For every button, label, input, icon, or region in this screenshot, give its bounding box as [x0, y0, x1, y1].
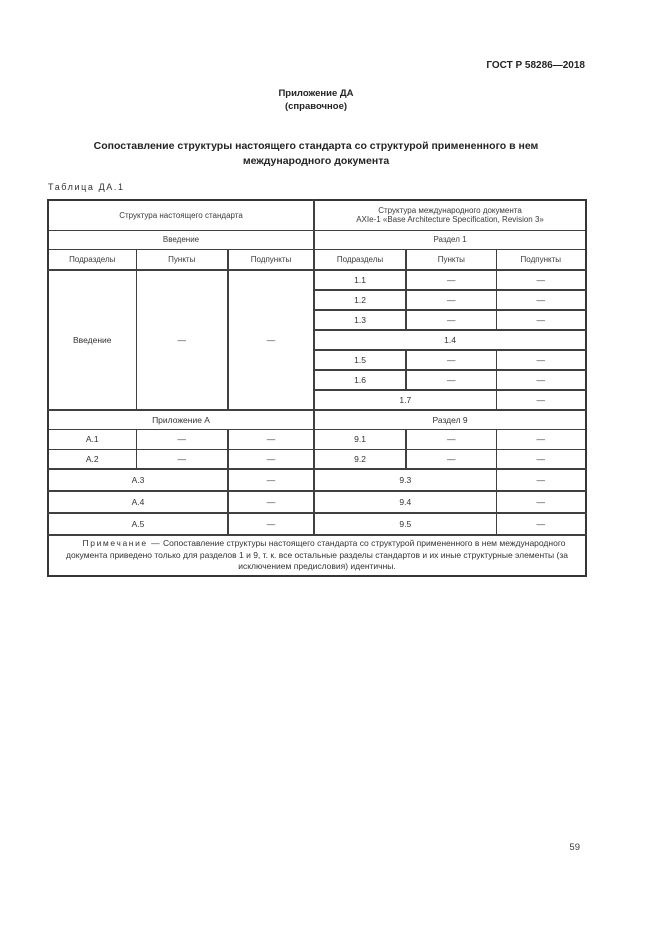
cell-right-group-header: Структура международного документа AXIe-… — [314, 200, 586, 230]
table-cell: — — [496, 449, 586, 469]
table-cell: А.1 — [48, 429, 136, 449]
table-cell: — — [496, 350, 586, 370]
table-cell: — — [496, 290, 586, 310]
table-cell: — — [406, 350, 496, 370]
table-cell: — — [406, 290, 496, 310]
table-cell: 9.3 — [314, 469, 496, 491]
table-cell: — — [406, 310, 496, 330]
table-cell: 9.4 — [314, 491, 496, 513]
col-header: Подразделы — [48, 249, 136, 270]
table-cell: — — [228, 270, 314, 410]
table-cell: — — [496, 270, 586, 290]
table-cell: — — [228, 491, 314, 513]
table-cell: — — [496, 513, 586, 535]
cell-section-razdel-9: Раздел 9 — [314, 410, 586, 429]
table-cell: — — [406, 370, 496, 390]
col-header: Подпункты — [228, 249, 314, 270]
document-title-line1: Сопоставление структуры настоящего станд… — [47, 139, 585, 154]
table-cell: 1.6 — [314, 370, 406, 390]
col-header: Подразделы — [314, 249, 406, 270]
table-cell: — — [406, 270, 496, 290]
document-title-line2: международного документа — [47, 154, 585, 169]
table-cell: — — [228, 469, 314, 491]
table-cell: — — [496, 491, 586, 513]
table-cell: — — [496, 469, 586, 491]
col-header: Подпункты — [496, 249, 586, 270]
right-group-line2: AXIe-1 «Base Architecture Specification,… — [318, 215, 582, 224]
table-cell: — — [136, 449, 228, 469]
table-cell: А.3 — [48, 469, 228, 491]
table-cell: — — [228, 449, 314, 469]
table-note: Примечание — Сопоставление структуры нас… — [52, 538, 582, 573]
table-cell: А.5 — [48, 513, 228, 535]
note-label: Примечание — [83, 538, 148, 548]
document-page: ГОСТ Р 58286—2018 Приложение ДА (справоч… — [0, 0, 661, 935]
table-cell: А.2 — [48, 449, 136, 469]
table-cell: 9.1 — [314, 429, 406, 449]
table-cell: 1.1 — [314, 270, 406, 290]
table-cell: — — [228, 513, 314, 535]
table-note-cell: Примечание — Сопоставление структуры нас… — [48, 535, 586, 576]
table-cell: — — [406, 449, 496, 469]
table-cell: А.4 — [48, 491, 228, 513]
table-caption: Таблица ДА.1 — [48, 182, 125, 192]
cell-section-razdel-1: Раздел 1 — [314, 230, 586, 249]
table-cell: 1.2 — [314, 290, 406, 310]
table-cell: 1.3 — [314, 310, 406, 330]
table-cell: 9.2 — [314, 449, 406, 469]
table-cell: 1.5 — [314, 350, 406, 370]
table-cell: — — [496, 310, 586, 330]
cell-section-prilozhenie-a: Приложение А — [48, 410, 314, 429]
col-header: Пункты — [406, 249, 496, 270]
table-cell: — — [228, 429, 314, 449]
appendix-kind: (справочное) — [47, 101, 585, 114]
table-cell: 1.7 — [314, 390, 496, 410]
standard-number-header: ГОСТ Р 58286—2018 — [47, 60, 585, 71]
table-cell: — — [406, 429, 496, 449]
table-cell: 1.4 — [314, 330, 586, 350]
appendix-heading: Приложение ДА (справочное) — [47, 88, 585, 113]
note-dash: — — [151, 538, 160, 548]
appendix-label: Приложение ДА — [47, 88, 585, 101]
table-cell: — — [496, 390, 586, 410]
col-header: Пункты — [136, 249, 228, 270]
comparison-table: Структура настоящего стандарта Структура… — [47, 199, 587, 577]
page-number: 59 — [47, 842, 585, 853]
right-group-line1: Структура международного документа — [318, 206, 582, 215]
table-cell: — — [136, 429, 228, 449]
table-cell: — — [496, 370, 586, 390]
table-cell: 9.5 — [314, 513, 496, 535]
table-cell-intro-label: Введение — [48, 270, 136, 410]
table-cell: — — [136, 270, 228, 410]
document-title: Сопоставление структуры настоящего станд… — [47, 139, 585, 168]
cell-section-vvedenie: Введение — [48, 230, 314, 249]
cell-left-group-header: Структура настоящего стандарта — [48, 200, 314, 230]
table-cell: — — [496, 429, 586, 449]
